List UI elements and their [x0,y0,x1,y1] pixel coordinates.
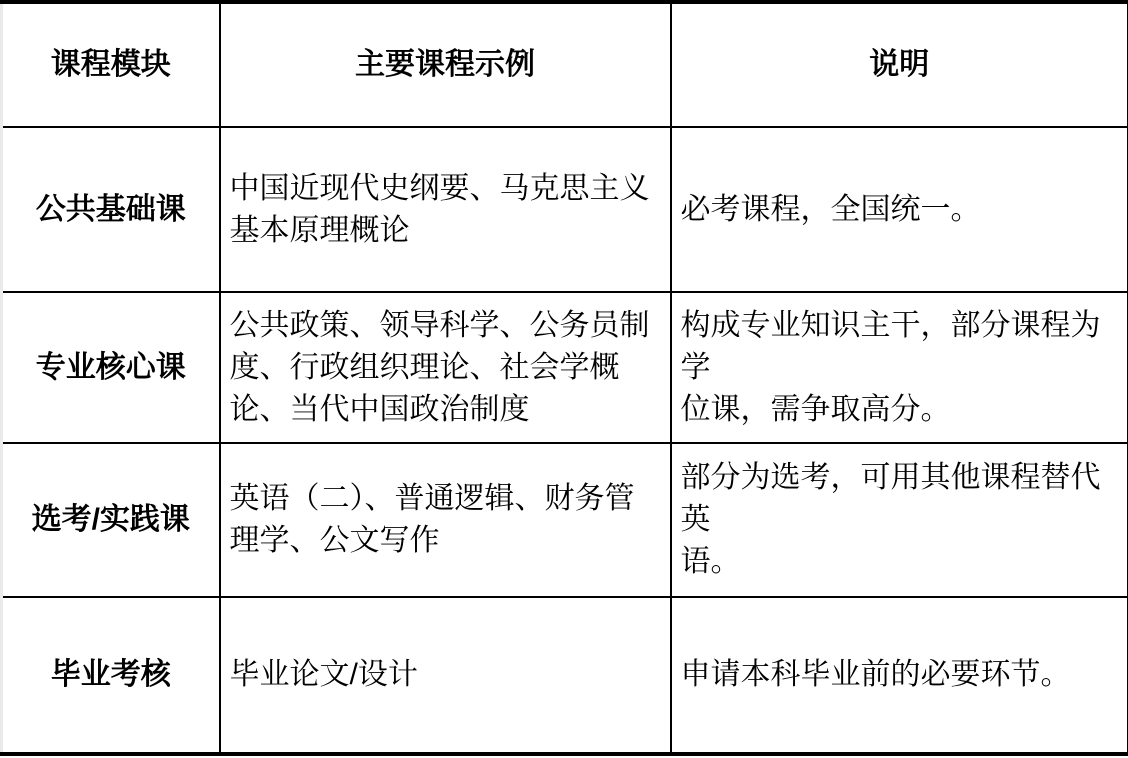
cell-note: 必考课程，全国统一。 [671,127,1128,292]
header-cell-note: 说明 [671,2,1128,127]
cell-note: 部分为选考，可用其他课程替代英 语。 [671,443,1128,597]
cell-note: 申请本科毕业前的必要环节。 [671,597,1128,754]
course-module-table: 课程模块 主要课程示例 说明 公共基础课 中国近现代史纲要、马克思主义 基本原理… [0,0,1128,756]
cell-module: 专业核心课 [2,292,220,443]
page: 课程模块 主要课程示例 说明 公共基础课 中国近现代史纲要、马克思主义 基本原理… [0,0,1128,758]
table-row: 专业核心课 公共政策、领导科学、公务员制 度、行政组织理论、社会学概 论、当代中… [2,292,1128,443]
header-cell-module: 课程模块 [2,2,220,127]
cell-module: 公共基础课 [2,127,220,292]
cell-courses: 英语（二）、普通逻辑、财务管 理学、公文写作 [220,443,671,597]
header-cell-courses: 主要课程示例 [220,2,671,127]
cell-courses: 毕业论文/设计 [220,597,671,754]
cell-module: 选考/实践课 [2,443,220,597]
cell-courses: 中国近现代史纲要、马克思主义 基本原理概论 [220,127,671,292]
cell-note: 构成专业知识主干，部分课程为学 位课，需争取高分。 [671,292,1128,443]
cell-courses: 公共政策、领导科学、公务员制 度、行政组织理论、社会学概 论、当代中国政治制度 [220,292,671,443]
table-row: 公共基础课 中国近现代史纲要、马克思主义 基本原理概论 必考课程，全国统一。 [2,127,1128,292]
cell-module: 毕业考核 [2,597,220,754]
table-header-row: 课程模块 主要课程示例 说明 [2,2,1128,127]
table-row: 选考/实践课 英语（二）、普通逻辑、财务管 理学、公文写作 部分为选考，可用其他… [2,443,1128,597]
table-row: 毕业考核 毕业论文/设计 申请本科毕业前的必要环节。 [2,597,1128,754]
